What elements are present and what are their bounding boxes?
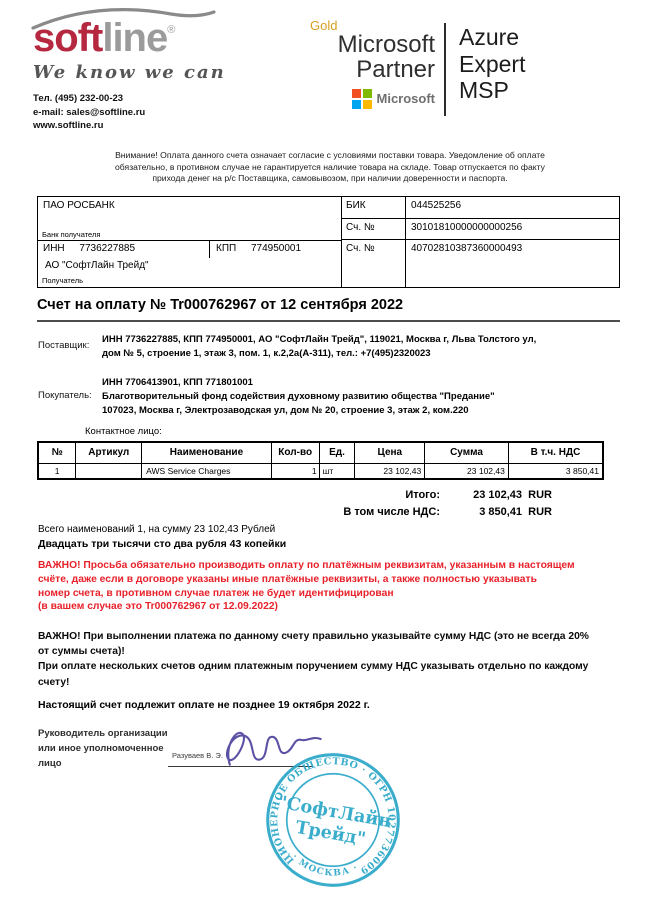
azure-expert-msp: Azure Expert MSP [459,24,525,104]
invoice-page: softline® We know we can Тел. (495) 232-… [0,0,660,903]
bank-left-column: ПАО РОСБАНК Банк получателя ИНН 77362278… [38,197,342,287]
swoosh-icon [31,4,216,30]
azure-line: Azure [459,24,525,51]
amount-in-words: Двадцать три тысячи сто два рубля 43 коп… [38,538,286,550]
corr-account-label: Сч. № [342,219,405,240]
microsoft-squares-icon [352,89,372,109]
col-quantity: Кол-во [271,442,319,463]
corr-account-value: 30101810000000000256 [406,219,619,240]
badge-divider [444,23,446,116]
signatory-name: Разуваев В. Э. [172,751,223,760]
due-date-line: Настоящий счет подлежит оплате не поздне… [38,699,370,711]
bik-value: 044525256 [406,197,619,219]
item-sum: 23 102,43 [425,463,509,479]
softline-logo: softline® [33,8,273,60]
total-label: Итого: [250,489,440,501]
bank-values-column: 044525256 30101810000000000256 407028103… [406,197,619,287]
invoice-title: Счет на оплату № Tr000762967 от 12 сентя… [37,297,403,313]
inn-label: ИНН [43,243,65,254]
bank-requisites-table: ПАО РОСБАНК Банк получателя ИНН 77362278… [37,196,620,288]
total-value: 23 102,43 RUR [440,489,552,501]
gold-partner-column: Gold Microsoft Partner Microsoft [308,18,435,109]
partner-label: Partner [308,58,435,83]
kpp-cell: КПП 774950001 [210,241,301,254]
stamp-bottom-text: · МОСКВА · [288,851,362,884]
vat-total-value: 3 850,41 RUR [440,506,552,518]
kpp-value: 774950001 [251,243,301,254]
col-sum: Сумма [425,442,509,463]
email-line: e-mail: sales@softline.ru [33,106,273,120]
bik-label: БИК [342,197,405,219]
item-article [76,463,142,479]
items-summary: Всего наименований 1, на сумму 23 102,43… [38,524,275,535]
bank-labels-column: БИК Сч. № Сч. № [342,197,406,287]
item-name: AWS Service Charges [142,463,272,479]
bank-name-cell: ПАО РОСБАНК Банк получателя [38,197,341,241]
microsoft-wordmark: Microsoft [377,91,436,106]
inn-value: 7736227885 [79,243,135,254]
col-vat: В т.ч. НДС [508,442,603,463]
contact-person-label: Контактное лицо: [85,426,162,437]
items-header-row: № Артикул Наименование Кол-во Ед. Цена С… [38,442,603,463]
account-label: Сч. № [342,240,405,254]
microsoft-partner-badge: Gold Microsoft Partner Microsoft Azure E… [308,18,628,123]
inn-cell: ИНН 7736227885 [38,241,210,258]
contact-info: Тел. (495) 232-00-23 e-mail: sales@softl… [33,92,273,133]
bank-name-label: Банк получателя [42,230,100,239]
col-number: № [38,442,76,463]
item-price: 23 102,43 [355,463,425,479]
phone-line: Тел. (495) 232-00-23 [33,92,273,106]
microsoft-label: Microsoft [308,33,435,58]
msp-line: MSP [459,77,525,104]
svg-text:· МОСКВА ·: · МОСКВА · [288,851,362,884]
item-unit: шт [319,463,355,479]
signatory-role: Руководитель организации или иное уполно… [38,726,168,771]
payment-warning-red: ВАЖНО! Просьба обязательно производить о… [38,559,638,614]
vat-total-label: В том числе НДС: [250,506,440,518]
website-line: www.softline.ru [33,119,273,133]
bank-name: ПАО РОСБАНК [43,200,115,211]
microsoft-logo-row: Microsoft [308,89,435,109]
payment-notice: Внимание! Оплата данного счета означает … [80,150,580,185]
col-unit: Ед. [319,442,355,463]
items-table: № Артикул Наименование Кол-во Ед. Цена С… [37,441,604,480]
item-quantity: 1 [271,463,319,479]
softline-logo-block: softline® We know we can Тел. (495) 232-… [33,8,273,133]
buyer-details: ИНН 7706413901, КПП 771801001 Благотвори… [102,376,627,418]
item-row: 1 AWS Service Charges 1 шт 23 102,43 23 … [38,463,603,479]
buyer-label: Покупатель: [38,390,92,401]
recipient-cell: ИНН 7736227885 КПП 774950001 АО "СофтЛай… [38,241,341,286]
item-vat: 3 850,41 [508,463,603,479]
supplier-details: ИНН 7736227885, КПП 774950001, АО "СофтЛ… [102,333,627,361]
total-row: Итого: 23 102,43 RUR [250,489,552,501]
col-name: Наименование [142,442,272,463]
company-stamp: АКЦИОНЕРНОЕ ОБЩЕСТВО · ОГРН 102773600933… [265,752,401,888]
col-article: Артикул [76,442,142,463]
item-number: 1 [38,463,76,479]
vat-warning: ВАЖНО! При выполнении платежа по данному… [38,629,638,690]
recipient-label: Получатель [42,276,83,285]
kpp-label: КПП [216,243,236,254]
title-rule [37,320,620,322]
account-value: 40702810387360000493 [406,240,619,254]
expert-line: Expert [459,51,525,78]
logo-tagline: We know we can [33,62,273,83]
col-price: Цена [355,442,425,463]
supplier-label: Поставщик: [38,340,89,351]
recipient-name: АО "СофтЛайн Трейд" [45,260,149,271]
vat-total-row: В том числе НДС: 3 850,41 RUR [250,506,552,518]
